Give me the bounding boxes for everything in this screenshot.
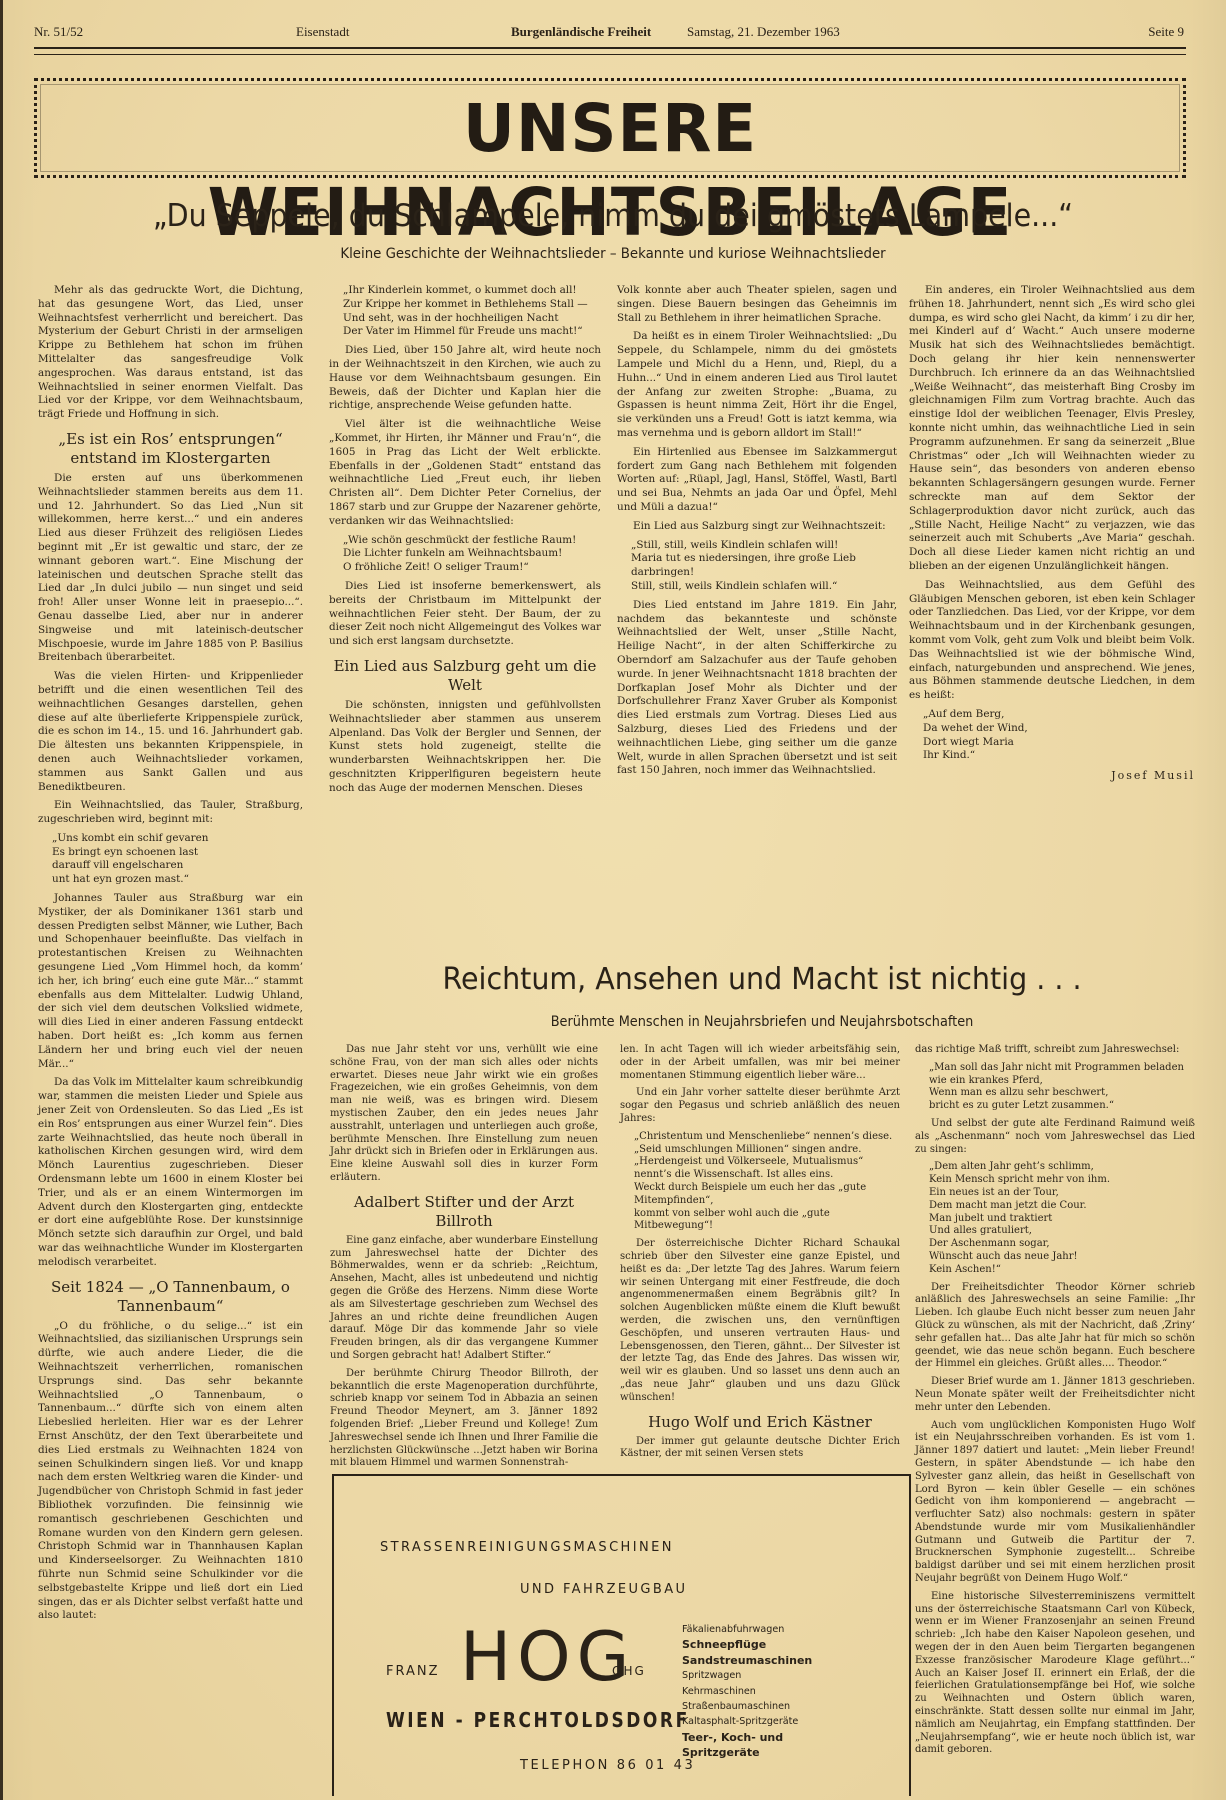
paragraph: Die ersten auf uns überkommenen Weihnach…: [38, 472, 303, 665]
verse-line: kommt von selber wohl auch die „gute Mit…: [634, 1208, 900, 1234]
newspaper-name: Burgenländische Freiheit: [511, 24, 651, 40]
verse-line: „Dem alten Jahr geht’s schlimm,: [929, 1161, 1195, 1174]
article1-headline: „Du Seppele, du Schlampele, nimm du dei …: [49, 196, 1177, 236]
paragraph: Der Freiheitsdichter Theodor Körner schr…: [915, 1282, 1195, 1372]
article2-subhead: Berühmte Menschen in Neujahrsbriefen und…: [364, 1012, 1161, 1032]
paragraph: das richtige Maß trifft, schreibt zum Ja…: [915, 1044, 1195, 1057]
section-heading: Ein Lied aus Salzburg geht um die Welt: [329, 657, 601, 695]
article2-headline: Reichtum, Ansehen und Macht ist nichtig …: [351, 960, 1174, 1000]
verse-line: Die Lichter funkeln am Weihnachtsbaum!: [343, 547, 601, 561]
ad-product: Kaltasphalt-Spritzgeräte: [682, 1714, 812, 1729]
verse-line: Der Aschenmann sogar,: [929, 1238, 1195, 1251]
verse-line: „Ihr Kinderlein kommet, o kummet doch al…: [343, 284, 601, 298]
paragraph: Johannes Tauler aus Straßburg war ein My…: [38, 892, 303, 1071]
verse-line: O fröhliche Zeit! O seliger Traum!“: [343, 561, 601, 575]
paragraph: Ein Weihnachtslied, das Tauler, Straßbur…: [38, 799, 303, 827]
ad-company-logo: HOG: [460, 1618, 635, 1698]
verse: „Auf dem Berg,Da wehet der Wind,Dort wie…: [923, 708, 1195, 763]
verse-line: bricht es zu guter Letzt zusammen.“: [929, 1100, 1195, 1113]
verse-line: „Wie schön geschmückt der festliche Raum…: [343, 534, 601, 548]
verse-line: Ein neues ist an der Tour,: [929, 1187, 1195, 1200]
verse-line: „Man soll das Jahr nicht mit Programmen …: [929, 1062, 1195, 1088]
paragraph: Das nue Jahr steht vor uns, verhüllt wie…: [330, 1044, 598, 1185]
paragraph: Was die vielen Hirten- und Krippenlieder…: [38, 670, 303, 794]
verse: „Wie schön geschmückt der festliche Raum…: [343, 534, 601, 575]
issue-number: Nr. 51/52: [34, 24, 83, 40]
paragraph: Dies Lied ist insoferne bemerkenswert, a…: [329, 580, 601, 649]
verse-line: Dem macht man jetzt die Cour.: [929, 1200, 1195, 1213]
ad-product: Kehrmaschinen: [682, 1684, 812, 1699]
article1-column-3: Volk konnte aber auch Theater spielen, s…: [617, 284, 897, 783]
verse: „Man soll das Jahr nicht mit Programmen …: [929, 1062, 1195, 1113]
paragraph: Und ein Jahr vorher sattelte dieser berü…: [620, 1087, 900, 1125]
paragraph: Das Weihnachtslied, aus dem Gefühl des G…: [909, 579, 1195, 703]
masthead-rule: [34, 47, 1186, 55]
verse-line: Wünscht auch das neue Jahr!: [929, 1251, 1195, 1264]
city: Eisenstadt: [296, 24, 349, 40]
paragraph: Dieser Brief wurde am 1. Jänner 1813 ges…: [915, 1376, 1195, 1414]
paragraph: Viel älter ist die weihnachtliche Weise …: [329, 418, 601, 528]
paragraph: Der immer gut gelaunte deutsche Dichter …: [620, 1436, 900, 1462]
paragraph: Auch vom unglücklichen Komponisten Hugo …: [915, 1420, 1195, 1586]
article2-column-3: das richtige Maß trifft, schreibt zum Ja…: [915, 1044, 1195, 1762]
verse-line: Still, still, weils Kindlein schlafen wi…: [631, 580, 897, 594]
newspaper-page: Nr. 51/52 Eisenstadt Burgenländische Fre…: [0, 0, 1226, 1800]
verse-line: Maria tut es niedersingen, ihre große Li…: [631, 552, 897, 580]
verse-line: „Christentum und Menschenliebe“ nennen’s…: [634, 1131, 900, 1144]
verse-line: Ihr Kind.“: [923, 749, 1195, 763]
section-heading: Adalbert Stifter und der Arzt Billroth: [330, 1193, 598, 1231]
verse-line: Da wehet der Wind,: [923, 722, 1195, 736]
paragraph: Dies Lied entstand im Jahre 1819. Ein Ja…: [617, 599, 897, 778]
ad-phone: TELEPHON 86 01 43: [520, 1758, 695, 1773]
paragraph: Und selbst der gute alte Ferdinand Raimu…: [915, 1118, 1195, 1156]
verse-line: „Herdengeist und Völkerseele, Mutualismu…: [634, 1156, 900, 1182]
paragraph: Da das Volk im Mittelalter kaum schreibk…: [38, 1076, 303, 1269]
verse-line: „Still, still, weils Kindlein schlafen w…: [631, 539, 897, 553]
ad-product: Fäkalienabfuhrwagen: [682, 1622, 812, 1637]
paragraph: Der berühmte Chirurg Theodor Billroth, d…: [330, 1368, 598, 1470]
paragraph: len. In acht Tagen will ich wieder arbei…: [620, 1044, 900, 1082]
verse-line: Es bringt eyn schoenen last: [52, 846, 303, 860]
section-heading: Seit 1824 — „O Tannenbaum, o Tannenbaum“: [38, 1278, 303, 1316]
paragraph: Der österreichische Dichter Richard Scha…: [620, 1238, 900, 1404]
verse-line: Weckt durch Beispiele um euch her das „g…: [634, 1182, 900, 1208]
ad-tagline-2: UND FAHRZEUGBAU: [520, 1582, 687, 1597]
paragraph: „O du fröhliche, o du selige...“ ist ein…: [38, 1320, 303, 1624]
verse-line: Kein Aschen!“: [929, 1264, 1195, 1277]
ad-product: Teer-, Koch- und: [682, 1730, 812, 1745]
masthead: Nr. 51/52 Eisenstadt Burgenländische Fre…: [34, 24, 1184, 44]
verse-line: Zur Krippe her kommet in Bethlehems Stal…: [343, 298, 601, 312]
paragraph: Da heißt es in einem Tiroler Weihnachtsl…: [617, 330, 897, 440]
section-banner: UNSERE WEIHNACHTSBEILAGE: [34, 78, 1186, 178]
ad-product: Straßenbaumaschinen: [682, 1699, 812, 1714]
author-signature: Josef Musil: [909, 769, 1195, 783]
paragraph: Ein Hirtenlied aus Ebensee im Salzkammer…: [617, 446, 897, 515]
page-number: Seite 9: [1148, 24, 1184, 40]
verse-line: unt hat eyn grozen mast.“: [52, 873, 303, 887]
article2-column-2: len. In acht Tagen will ich wieder arbei…: [620, 1044, 900, 1466]
section-heading: Hugo Wolf und Erich Kästner: [620, 1413, 900, 1432]
ad-product: Schneepflüge: [682, 1637, 812, 1652]
article2-column-1: Das nue Jahr steht vor uns, verhüllt wie…: [330, 1044, 598, 1475]
paragraph: Volk konnte aber auch Theater spielen, s…: [617, 284, 897, 325]
verse-line: Und alles gratuliert,: [929, 1225, 1195, 1238]
advertisement-hog: STRASSENREINIGUNGSMASCHINEN UND FAHRZEUG…: [332, 1474, 911, 1796]
paragraph: Ein Lied aus Salzburg singt zur Weihnach…: [617, 520, 897, 534]
ad-product: Sandstreumaschinen: [682, 1653, 812, 1668]
verse-line: „Auf dem Berg,: [923, 708, 1195, 722]
verse-line: Und seht, was in der hochheiligen Nacht: [343, 312, 601, 326]
article1-column-4: Ein anderes, ein Tiroler Weihnachtslied …: [909, 284, 1195, 783]
paragraph: Mehr als das gedruckte Wort, die Dichtun…: [38, 284, 303, 422]
ad-product: Spritzgeräte: [682, 1745, 812, 1760]
paragraph: Dies Lied, über 150 Jahre alt, wird heut…: [329, 344, 601, 413]
paragraph: Die schönsten, innigsten und gefühlvolls…: [329, 699, 601, 796]
paragraph: Eine ganz einfache, aber wunderbare Eins…: [330, 1235, 598, 1363]
paragraph: Ein anderes, ein Tiroler Weihnachtslied …: [909, 284, 1195, 574]
verse-line: Dort wiegt Maria: [923, 736, 1195, 750]
issue-date: Samstag, 21. Dezember 1963: [687, 24, 840, 40]
ad-location: WIEN - PERCHTOLDSDORF: [386, 1708, 690, 1732]
ad-product-list: FäkalienabfuhrwagenSchneepflügeSandstreu…: [682, 1622, 812, 1761]
article1-column-1: Mehr als das gedruckte Wort, die Dichtun…: [38, 284, 303, 1628]
verse-line: Kein Mensch spricht mehr von ihm.: [929, 1174, 1195, 1187]
ad-product: Spritzwagen: [682, 1668, 812, 1683]
article1-subhead: Kleine Geschichte der Weihnachtslieder –…: [49, 244, 1177, 264]
verse: „Uns kombt ein schif gevarenEs bringt ey…: [52, 832, 303, 887]
verse: „Christentum und Menschenliebe“ nennen’s…: [634, 1131, 900, 1233]
ad-tagline: STRASSENREINIGUNGSMASCHINEN: [380, 1540, 674, 1555]
verse-line: Wenn man es allzu sehr beschwert,: [929, 1087, 1195, 1100]
verse-line: „Seid umschlungen Millionen“ singen andr…: [634, 1144, 900, 1157]
verse: „Ihr Kinderlein kommet, o kummet doch al…: [343, 284, 601, 339]
verse-line: Der Vater im Himmel für Freude uns macht…: [343, 325, 601, 339]
verse: „Still, still, weils Kindlein schlafen w…: [631, 539, 897, 594]
verse-line: darauff vill engelscharen: [52, 859, 303, 873]
verse: „Dem alten Jahr geht’s schlimm,Kein Mens…: [929, 1161, 1195, 1276]
paragraph: Eine historische Silvesterreminiszens ve…: [915, 1591, 1195, 1757]
verse-line: Man jubelt und traktiert: [929, 1213, 1195, 1226]
ad-company-suffix: OHG: [612, 1664, 646, 1678]
ad-firstname: FRANZ: [386, 1664, 440, 1679]
article1-column-2: „Ihr Kinderlein kommet, o kummet doch al…: [329, 284, 601, 801]
verse-line: „Uns kombt ein schif gevaren: [52, 832, 303, 846]
page-edge: [0, 0, 3, 1800]
section-heading: „Es ist ein Ros’ entsprungen“ entstand i…: [38, 430, 303, 468]
